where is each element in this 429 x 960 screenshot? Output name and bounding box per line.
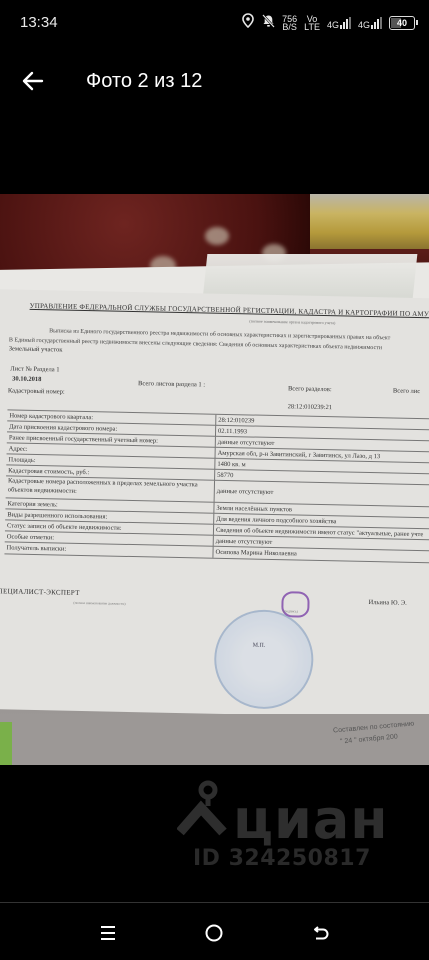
bell-off-icon <box>262 14 275 33</box>
signer-title: ПЕЦИАЛИСТ-ЭКСПЕРТ <box>0 587 80 597</box>
signal-icon <box>371 17 382 29</box>
recents-button[interactable] <box>95 920 121 946</box>
status-bar: 13:34 756 B/S Vo LTE 4G 4G 40 <box>0 0 429 45</box>
back-nav-button[interactable] <box>309 920 335 946</box>
status-icons: 756 B/S Vo LTE 4G 4G 40 <box>241 13 415 33</box>
cian-pin-logo-icon <box>177 778 229 848</box>
listing-id: ID 324250817 <box>193 846 371 871</box>
carpet-dot <box>205 227 229 245</box>
document-sheet: УПРАВЛЕНИЕ ФЕДЕРАЛЬНОЙ СЛУЖБЫ ГОСУДАРСТВ… <box>0 289 429 719</box>
signal-sim1: 4G <box>327 17 351 29</box>
doc-date: 30.10.2018 <box>12 375 41 383</box>
photo-viewer[interactable]: УПРАВЛЕНИЕ ФЕДЕРАЛЬНОЙ СЛУЖБЫ ГОСУДАРСТВ… <box>0 194 429 765</box>
battery-icon: 40 <box>389 16 415 30</box>
return-arrow-icon <box>313 924 331 942</box>
cian-brand: циан <box>233 788 389 851</box>
green-object <box>0 722 12 765</box>
signal-sim2: 4G <box>358 17 382 29</box>
signal-icon <box>340 17 351 29</box>
circle-home-icon <box>204 923 224 943</box>
photo-background-foil <box>310 194 429 249</box>
app-bar: Фото 2 из 12 <box>0 50 429 114</box>
arrow-left-icon <box>22 71 44 91</box>
clock: 13:34 <box>20 14 58 31</box>
back-button[interactable] <box>16 64 50 98</box>
network-speed: 756 B/S <box>282 15 297 31</box>
cian-watermark: циан ID 324250817 <box>155 778 395 873</box>
official-stamp <box>213 609 314 710</box>
signer-name: Ильина Ю. Э. <box>368 599 406 607</box>
signature <box>281 591 310 618</box>
home-button[interactable] <box>201 920 227 946</box>
location-icon <box>241 13 255 33</box>
cadastral-number: 28:12:010239:21 <box>288 403 333 411</box>
system-nav-bar <box>0 903 429 960</box>
doc-header: УПРАВЛЕНИЕ ФЕДЕРАЛЬНОЙ СЛУЖБЫ ГОСУДАРСТВ… <box>30 302 429 318</box>
object-type: Земельный участок <box>9 345 63 353</box>
menu-lines-icon <box>99 924 117 942</box>
plastic-sleeve <box>203 254 418 299</box>
page-title: Фото 2 из 12 <box>86 70 202 93</box>
volte-indicator: Vo LTE <box>304 15 320 31</box>
